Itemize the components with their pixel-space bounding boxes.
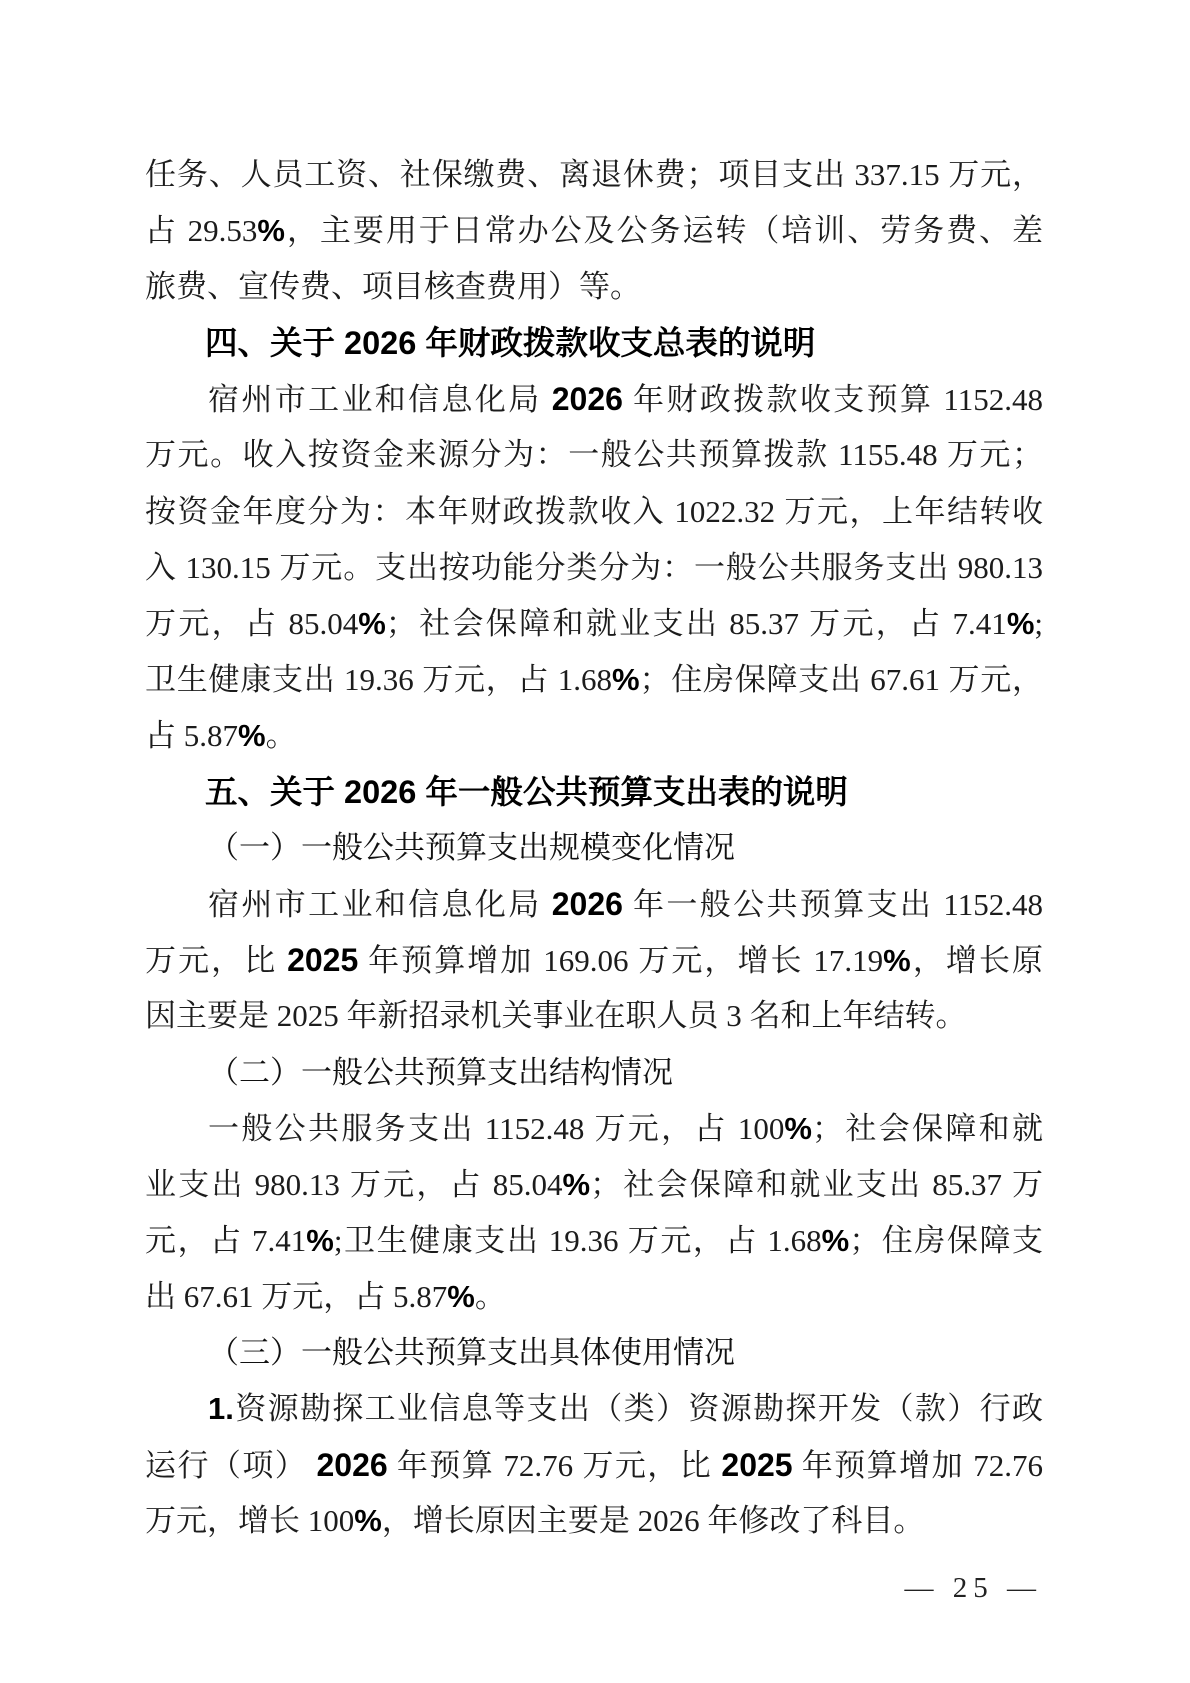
line-text: 年预算增加 72.76 [793,1448,1043,1483]
subsection-heading-two: （二）一般公共预算支出结构情况 [145,1045,1043,1101]
document-page: 任务、人员工资、社保缴费、离退休费；项目支出 337.15 万元， 占 29.5… [0,0,1190,1683]
line-text: 按资金年度分为：本年财政拨款收入 1022.32 万元，上年结转收 [145,494,1043,529]
line-text: 出 67.61 万元，占 5.87%。 [145,1279,506,1314]
line-text: 宿州市工业和信息化局 [208,887,552,922]
line-text: 任务、人员工资、社保缴费、离退休费；项目支出 337.15 万元， [145,157,1043,192]
document-body: 任务、人员工资、社保缴费、离退休费；项目支出 337.15 万元， 占 29.5… [145,147,1043,1549]
paragraph-line: 一般公共服务支出 1152.48 万元，占 100%；社会保障和就 [145,1101,1043,1157]
paragraph-line: 万元。收入按资金来源分为：一般公共预算拨款 1155.48 万元； [145,427,1043,483]
subheading-text: （一）一般公共预算支出规模变化情况 [208,830,735,865]
line-text: 一般公共服务支出 1152.48 万元，占 100%；社会保障和就 [208,1111,1043,1146]
paragraph-line: 占 29.53%，主要用于日常办公及公务运转（培训、劳务费、差 [145,203,1043,259]
bold-year: 2026 [552,381,623,417]
line-text: 万元，占 85.04%；社会保障和就业支出 85.37 万元，占 7.41%; [145,606,1043,641]
paragraph-line: 运行（项） 2026 年预算 72.76 万元，比 2025 年预算增加 72.… [145,1437,1043,1493]
bold-year: 2026 [316,1447,387,1483]
subsection-heading-three: （三）一般公共预算支出具体使用情况 [145,1325,1043,1381]
heading-text: 四、关于 2026 年财政拨款收支总表的说明 [205,325,815,361]
paragraph-line: 任务、人员工资、社保缴费、离退休费；项目支出 337.15 万元， [145,147,1043,203]
subheading-text: （二）一般公共预算支出结构情况 [208,1055,673,1090]
line-text: 万元，增长 100%，增长原因主要是 2026 年修改了科目。 [145,1503,924,1538]
section-heading-four: 四、关于 2026 年财政拨款收支总表的说明 [145,315,1043,371]
line-text: 年预算增加 169.06 万元，增长 17.19%，增长原 [358,943,1043,978]
paragraph-line: 万元，增长 100%，增长原因主要是 2026 年修改了科目。 [145,1493,1043,1549]
line-text: 旅费、宣传费、项目核查费用）等。 [145,269,641,304]
subheading-text: （三）一般公共预算支出具体使用情况 [208,1335,735,1370]
paragraph-line: 业支出 980.13 万元，占 85.04%；社会保障和就业支出 85.37 万 [145,1157,1043,1213]
heading-text: 五、关于 2026 年一般公共预算支出表的说明 [205,774,848,810]
bold-year: 2025 [721,1447,792,1483]
paragraph-line: 因主要是 2025 年新招录机关事业在职人员 3 名和上年结转。 [145,988,1043,1044]
line-text: 占 29.53%，主要用于日常办公及公务运转（培训、劳务费、差 [145,213,1043,248]
section-heading-five: 五、关于 2026 年一般公共预算支出表的说明 [145,764,1043,820]
subsection-heading-one: （一）一般公共预算支出规模变化情况 [145,820,1043,876]
line-text: 卫生健康支出 19.36 万元，占 1.68%；住房保障支出 67.61 万元， [145,662,1043,697]
paragraph-line: 1.资源勘探工业信息等支出（类）资源勘探开发（款）行政 [145,1381,1043,1437]
line-text: 万元，比 [145,943,287,978]
paragraph-line: 按资金年度分为：本年财政拨款收入 1022.32 万元，上年结转收 [145,484,1043,540]
paragraph-line: 旅费、宣传费、项目核查费用）等。 [145,259,1043,315]
paragraph-line: 宿州市工业和信息化局 2026 年财政拨款收支预算 1152.48 [145,371,1043,427]
bold-year: 2026 [552,886,623,922]
line-text: 年预算 72.76 万元，比 [388,1448,722,1483]
paragraph-line: 占 5.87%。 [145,708,1043,764]
line-text: 因主要是 2025 年新招录机关事业在职人员 3 名和上年结转。 [145,998,967,1033]
paragraph-line: 卫生健康支出 19.36 万元，占 1.68%；住房保障支出 67.61 万元， [145,652,1043,708]
paragraph-line: 入 130.15 万元。支出按功能分类分为：一般公共服务支出 980.13 [145,540,1043,596]
paragraph-line: 出 67.61 万元，占 5.87%。 [145,1269,1043,1325]
paragraph-line: 宿州市工业和信息化局 2026 年一般公共预算支出 1152.48 [145,876,1043,932]
bold-item-number: 1. [208,1391,234,1426]
paragraph-line: 元，占 7.41%;卫生健康支出 19.36 万元，占 1.68%；住房保障支 [145,1213,1043,1269]
line-text: 元，占 7.41%;卫生健康支出 19.36 万元，占 1.68%；住房保障支 [145,1223,1043,1258]
line-text: 宿州市工业和信息化局 [208,382,552,417]
line-text: 运行（项） [145,1448,316,1483]
line-text: 年一般公共预算支出 1152.48 [623,887,1043,922]
line-text: 业支出 980.13 万元，占 85.04%；社会保障和就业支出 85.37 万 [145,1167,1043,1202]
bold-year: 2025 [287,942,358,978]
page-number: — 25 — [905,1572,1043,1605]
line-text: 入 130.15 万元。支出按功能分类分为：一般公共服务支出 980.13 [145,550,1043,585]
line-text: 年财政拨款收支预算 1152.48 [623,382,1043,417]
paragraph-line: 万元，占 85.04%；社会保障和就业支出 85.37 万元，占 7.41%; [145,596,1043,652]
line-text: 万元。收入按资金来源分为：一般公共预算拨款 1155.48 万元； [145,437,1043,472]
line-text: 资源勘探工业信息等支出（类）资源勘探开发（款）行政 [234,1391,1043,1426]
line-text: 占 5.87%。 [145,718,297,753]
paragraph-line: 万元，比 2025 年预算增加 169.06 万元，增长 17.19%，增长原 [145,932,1043,988]
